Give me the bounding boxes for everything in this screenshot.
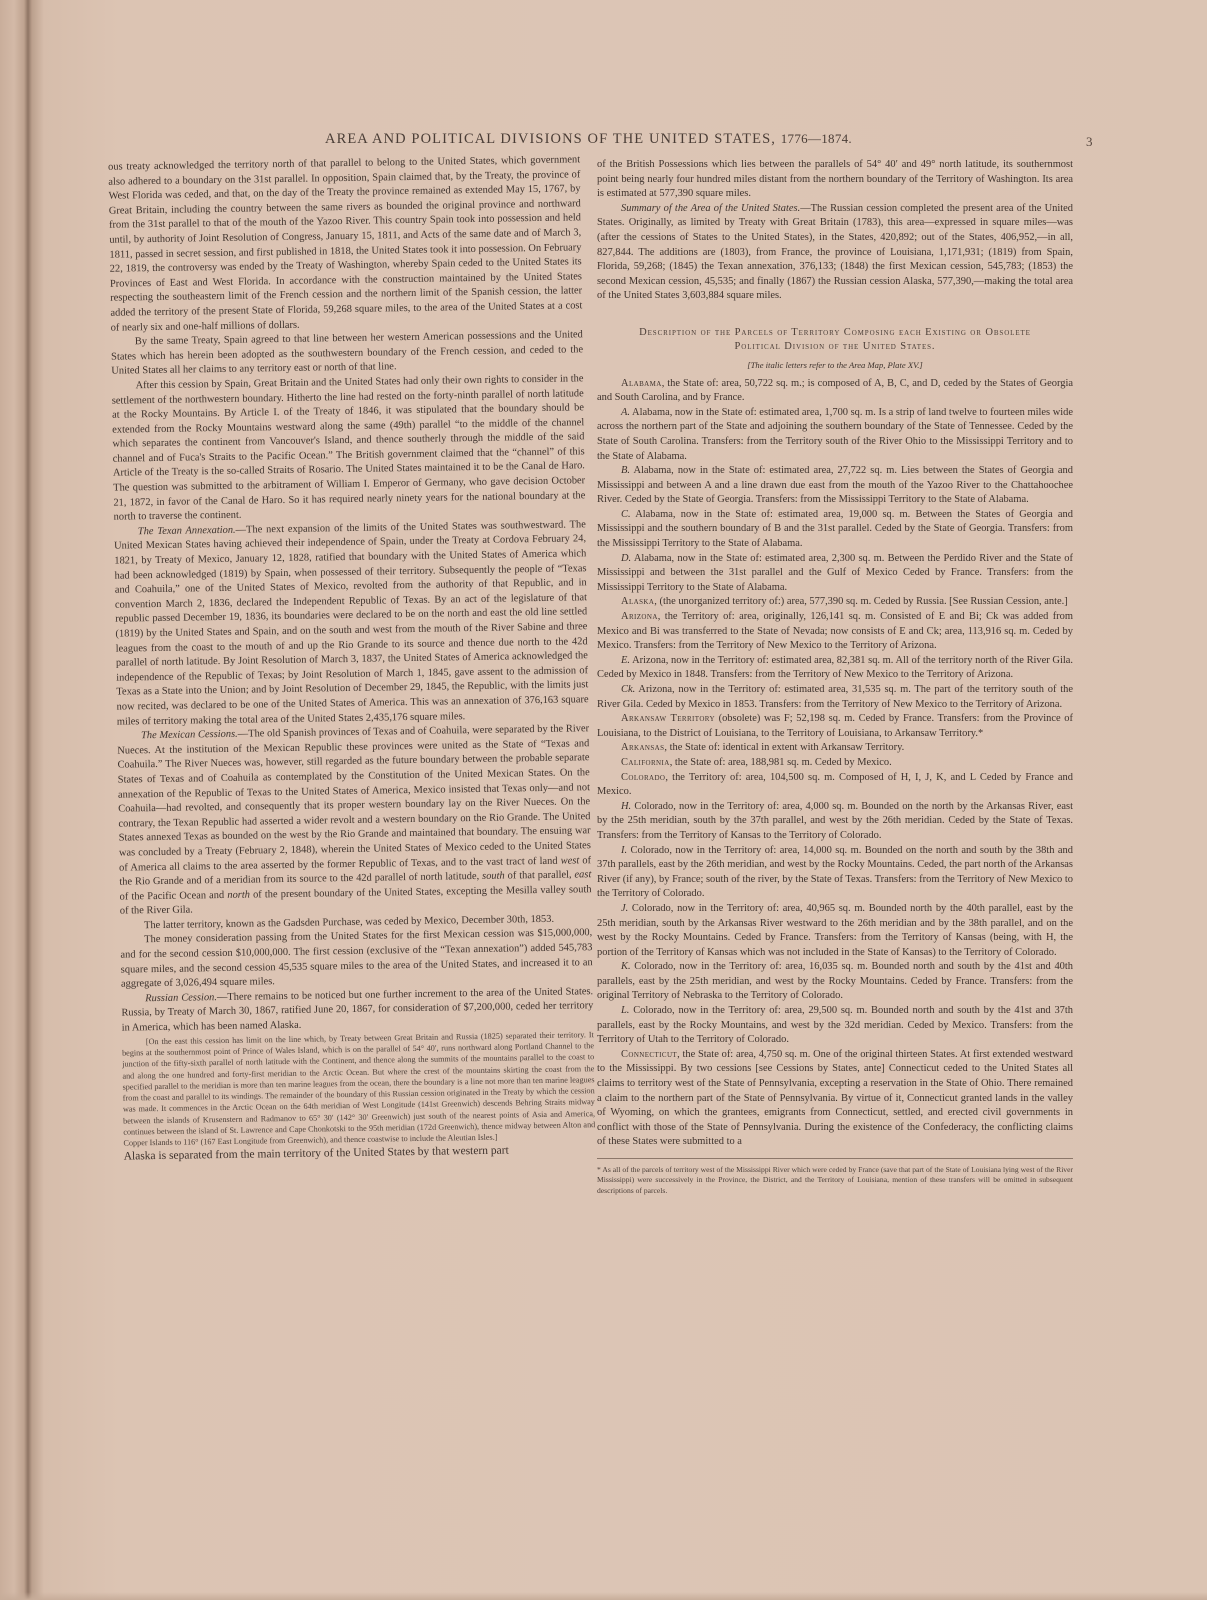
parcel-entry: J. Colorado, now in the Territory of: ar… — [597, 902, 1073, 960]
entry-text: , the State of: identical in extent with… — [664, 742, 904, 753]
entry-name: Arizona — [621, 611, 658, 622]
paragraph-same-treaty: By the same Treaty, Spain agreed to that… — [111, 328, 584, 379]
footnote-divider — [597, 1158, 1073, 1159]
entry-text: Colorado, now in the Territory of: area,… — [597, 961, 1073, 1001]
entry-text: , the State of: area, 188,981 sq. m. Ced… — [670, 757, 892, 768]
mexican-text: of that parallel, — [505, 870, 575, 882]
paragraph-russian-cession: Russian Cession.—There remains to be not… — [121, 985, 594, 1036]
paragraph-texan-annexation: The Texan Annexation.—The next expansion… — [114, 518, 589, 730]
parcel-entry: Ck. Arizona, now in the Territory of: es… — [597, 683, 1073, 712]
parcel-entry: C. Alabama, now in the State of: estimat… — [597, 508, 1073, 552]
paragraph-florida: ous treaty acknowledged the territory no… — [108, 153, 583, 336]
entry-name: Alabama — [621, 378, 662, 389]
parcel-letter: C. — [621, 509, 631, 520]
page-number: 3 — [1086, 134, 1093, 150]
entry-text: Colorado, now in the Territory of: area,… — [597, 801, 1073, 841]
entry-text: Arizona, now in the Territory of: estima… — [597, 684, 1073, 710]
entry-text: Colorado, now in the Territory of: area,… — [597, 845, 1073, 900]
heading-texan-annexation: The Texan Annexation. — [138, 525, 236, 538]
entry-text: Colorado, now in the Territory of: area,… — [597, 1005, 1073, 1045]
right-column: of the British Possessions which lies be… — [597, 158, 1073, 1196]
left-column: ous treaty acknowledged the territory no… — [108, 153, 596, 1163]
scanned-page: AREA AND POLITICAL DIVISIONS OF THE UNIT… — [0, 0, 1207, 1600]
emphasis-south: south — [482, 871, 505, 882]
entry-name: California — [621, 757, 670, 768]
entry-text: , the Territory of: area, originally, 12… — [597, 611, 1073, 651]
entry-name: Arkansaw Territory — [621, 713, 715, 724]
parcel-entry: Arkansas, the State of: identical in ext… — [597, 741, 1073, 756]
parcel-letter: Ck. — [621, 684, 635, 695]
entry-name: Connecticut — [621, 1049, 677, 1060]
bracket-note-boundary: [On the east this cession has limit on t… — [122, 1029, 596, 1149]
entry-name: Colorado — [621, 772, 665, 783]
parcel-entry: California, the State of: area, 188,981 … — [597, 756, 1073, 771]
parcel-entry: Arizona, the Territory of: area, origina… — [597, 610, 1073, 654]
parcel-entry: E. Arizona, now in the Territory of: est… — [597, 654, 1073, 683]
entry-text: , (the unorganized territory of:) area, … — [654, 596, 1067, 607]
parcel-entry: Alabama, the State of: area, 50,722 sq. … — [597, 377, 1073, 406]
paragraph-northwest-boundary: After this cession by Spain, Great Brita… — [111, 372, 585, 525]
parcel-letter: K. — [621, 961, 631, 972]
page-edge — [0, 1592, 1207, 1600]
parcel-letter: D. — [621, 553, 631, 564]
entry-text: , the Territory of: area, 104,500 sq. m.… — [597, 772, 1073, 798]
mexican-text: of the Pacific Ocean and — [120, 890, 228, 903]
parcel-entry: K. Colorado, now in the Territory of: ar… — [597, 960, 1073, 1004]
section-heading: Description of the Parcels of Territory … — [597, 326, 1073, 354]
section-heading-line-1: Description of the Parcels of Territory … — [597, 326, 1073, 340]
heading-russian-cession: Russian Cession. — [145, 992, 217, 1004]
paragraph-continuation: of the British Possessions which lies be… — [597, 158, 1073, 202]
paragraph-mexican-cessions: The Mexican Cessions.—The old Spanish pr… — [117, 722, 592, 919]
entry-text: , the State of: area, 4,750 sq. m. One o… — [597, 1049, 1073, 1148]
parcel-entry: Connecticut, the State of: area, 4,750 s… — [597, 1048, 1073, 1150]
parcel-entry: L. Colorado, now in the Territory of: ar… — [597, 1004, 1073, 1048]
entry-text: Alabama, now in the State of: estimated … — [597, 553, 1073, 593]
emphasis-east: east — [574, 869, 591, 880]
parcel-entry: A. Alabama, now in the State of: estimat… — [597, 406, 1073, 464]
section-heading-line-2: Political Division of the United States. — [597, 340, 1073, 354]
parcel-letter: B. — [621, 465, 630, 476]
parcel-entry: D. Alabama, now in the State of: estimat… — [597, 552, 1073, 596]
parcel-letter: H. — [621, 801, 631, 812]
parcel-entry: B. Alabama, now in the State of: estimat… — [597, 464, 1073, 508]
parcel-letter: A. — [621, 407, 630, 418]
parcel-entry: Colorado, the Territory of: area, 104,50… — [597, 771, 1073, 800]
paragraph-summary: Summary of the Area of the United States… — [597, 202, 1073, 304]
entry-text: Alabama, now in the State of: estimated … — [597, 509, 1073, 549]
parcel-entry: Arkansaw Territory (obsolete) was F; 52,… — [597, 712, 1073, 741]
entry-text: Arizona, now in the Territory of: estima… — [597, 655, 1073, 681]
running-title: AREA AND POLITICAL DIVISIONS OF THE UNIT… — [325, 131, 776, 147]
parcel-entry: Alaska, (the unorganized territory of:) … — [597, 595, 1073, 610]
section-note: [The italic letters refer to the Area Ma… — [597, 358, 1073, 373]
running-years: 1776—1874. — [781, 131, 852, 146]
entry-name: Alaska — [621, 596, 654, 607]
entry-name: Arkansas — [621, 742, 664, 753]
entry-text: Colorado, now in the Territory of: area,… — [597, 903, 1073, 958]
emphasis-north: north — [227, 889, 250, 900]
parcel-entry: H. Colorado, now in the Territory of: ar… — [597, 800, 1073, 844]
heading-summary: Summary of the Area of the United States… — [621, 203, 800, 214]
mexican-text: —The old Spanish provinces of Texas and … — [117, 723, 591, 873]
summary-text: —The Russian cession completed the prese… — [597, 203, 1073, 302]
parcel-letter: E. — [621, 655, 630, 666]
entry-text: Alabama, now in the State of: estimated … — [597, 407, 1073, 462]
texan-text: —The next expansion of the limits of the… — [114, 519, 589, 727]
paragraph-money: The money consideration passing from the… — [120, 927, 593, 993]
parcel-entries: Alabama, the State of: area, 50,722 sq. … — [597, 377, 1073, 1150]
entry-text: , the State of: area, 50,722 sq. m.; is … — [597, 378, 1073, 404]
parcel-entry: I. Colorado, now in the Territory of: ar… — [597, 844, 1073, 902]
footnote: * As all of the parcels of territory wes… — [597, 1165, 1073, 1196]
emphasis-west: west — [561, 855, 580, 866]
running-head: AREA AND POLITICAL DIVISIONS OF THE UNIT… — [325, 131, 1105, 148]
entry-text: Alabama, now in the State of: estimated … — [597, 465, 1073, 505]
heading-mexican-cessions: The Mexican Cessions. — [141, 729, 238, 742]
